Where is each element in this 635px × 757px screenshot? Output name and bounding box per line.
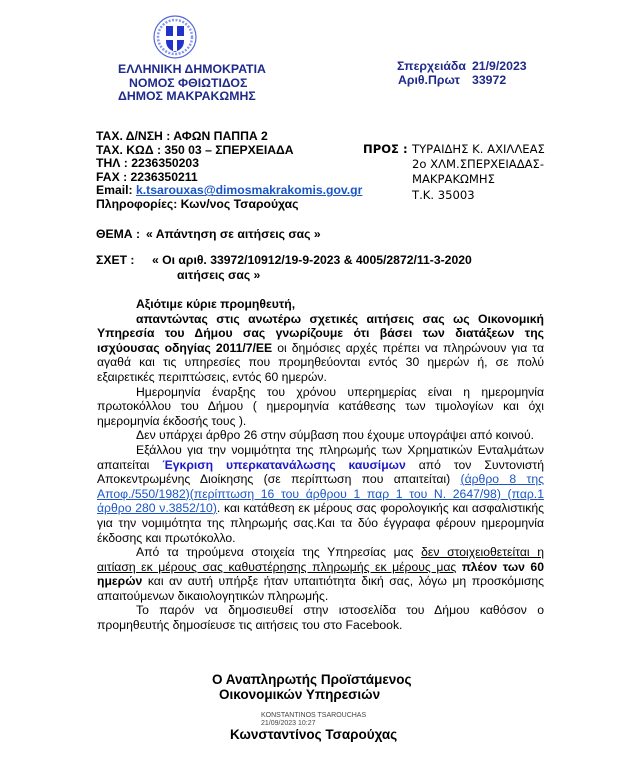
protocol-label: Αριθ.Πρωτ <box>398 73 460 87</box>
paragraph-3: Δεν υπάρχει άρθρο 26 στην σύμβαση που έχ… <box>97 428 544 443</box>
document-date: Σπερχειάδα21/9/2023 <box>397 60 527 74</box>
protocol-value: 33972 <box>472 73 506 87</box>
signatory-name: Κωνσταντίνος Τσαρούχας <box>230 727 397 742</box>
place-label: Σπερχειάδα <box>397 59 466 73</box>
email-row: Email: k.tsarouxas@dimosmakrakomis.gov.g… <box>96 184 362 198</box>
recipient-line: Τ.Κ. 35003 <box>363 188 545 203</box>
fuel-approval-highlight: Έγκριση υπερκατανάλωσης καυσίμων <box>162 458 405 472</box>
reference-line: ΣΧΕΤ : « Οι αριθ. 33972/10912/19-9-2023 … <box>96 253 134 268</box>
subject-label: ΘΕΜΑ : <box>96 227 140 241</box>
recipient-block: ΠΡΟΣ :ΤΥΡΑΙΔΗΣ Κ. ΑΧΙΛΛΕΑΣ 2ο ΧΛΜ.ΣΠΕΡΧΕ… <box>363 142 545 203</box>
subject-value: « Απάντηση σε αιτήσεις σας » <box>146 227 321 241</box>
header-line-country: ΕΛΛΗΝΙΚΗ ΔΗΜΟΚΡΑΤΙΑ <box>118 63 266 77</box>
paragraph-2: Ημερομηνία έναρξης του χρόνου υπερημερία… <box>97 385 544 429</box>
subject-line: ΘΕΜΑ :« Απάντηση σε αιτήσεις σας » <box>96 227 321 241</box>
paragraph-1: απαντώντας στις ανωτέρω σχετικές αιτήσει… <box>97 312 544 385</box>
digital-signer: KONSTANTINOS TSAROUCHAS <box>261 712 366 720</box>
paragraph-4: Εξάλλου για την νομιμότητα της πληρωμής … <box>97 443 544 545</box>
digital-signature-stamp: KONSTANTINOS TSAROUCHAS 21/09/2023 10:27 <box>261 712 366 727</box>
email-label: Email: <box>96 183 133 197</box>
reference-label: ΣΧΕΤ : <box>96 253 134 267</box>
recipient-line: 2ο ΧΛΜ.ΣΠΕΡΧΕΙΑΔΑΣ- <box>363 157 545 172</box>
paragraph-5-text: Από τα τηρούμενα στοιχεία της Υπηρεσίας … <box>136 545 421 559</box>
paragraph-5-text: και αν αυτή υπήρξε ήταν υπαιτιότητα δική… <box>97 574 544 603</box>
phone: ΤΗΛ : 2236350203 <box>96 157 362 171</box>
recipient-line: ΜΑΚΡΑΚΩΜΗΣ <box>363 172 545 187</box>
postal-code: ΤΑΧ. ΚΩΔ : 350 03 – ΣΠΕΡΧΕΙΑΔΑ <box>96 144 362 158</box>
recipient-label: ΠΡΟΣ : <box>363 142 412 157</box>
letter-body: Αξιότιμε κύριε προμηθευτή, απαντώντας στ… <box>97 297 544 633</box>
header-line-municipality: ΔΗΜΟΣ ΜΑΚΡΑΚΩΜΗΣ <box>118 90 256 104</box>
paragraph-5: Από τα τηρούμενα στοιχεία της Υπηρεσίας … <box>97 545 544 603</box>
digital-timestamp: 21/09/2023 10:27 <box>261 720 366 728</box>
email-link[interactable]: k.tsarouxas@dimosmakrakomis.gov.gr <box>136 183 362 197</box>
paragraph-6: Το παρόν να δημοσιευθεί στην ιστοσελίδα … <box>97 603 544 632</box>
protocol-number: Αριθ.Πρωτ33972 <box>398 74 506 88</box>
greeting: Αξιότιμε κύριε προμηθευτή, <box>97 297 544 312</box>
greek-coat-of-arms-icon <box>152 14 198 60</box>
signatory-department: Οικονομικών Υπηρεσιών <box>219 687 380 702</box>
street-address: ΤΑΧ. Δ/ΝΣΗ : ΑΦΩΝ ΠΑΠΠΑ 2 <box>96 130 362 144</box>
fax: FAX : 2236350211 <box>96 171 362 185</box>
recipient-line: ΤΥΡΑΙΔΗΣ Κ. ΑΧΙΛΛΕΑΣ <box>412 142 545 156</box>
signatory-title: Ο Αναπληρωτής Προϊστάμενος <box>212 672 412 687</box>
info-contact: Πληροφορίες: Κων/νος Τσαρούχας <box>96 198 362 212</box>
sender-address: ΤΑΧ. Δ/ΝΣΗ : ΑΦΩΝ ΠΑΠΠΑ 2 ΤΑΧ. ΚΩΔ : 350… <box>96 130 362 212</box>
reference-value-line1: « Οι αριθ. 33972/10912/19-9-2023 & 4005/… <box>152 253 472 268</box>
legal-link-2[interactable]: περίπτωση 16 του άρθρου 1 παρ 1 του Ν. 2… <box>194 487 497 501</box>
reference-value-line2: αιτήσεις σας » <box>177 268 260 283</box>
date-value: 21/9/2023 <box>472 59 527 73</box>
